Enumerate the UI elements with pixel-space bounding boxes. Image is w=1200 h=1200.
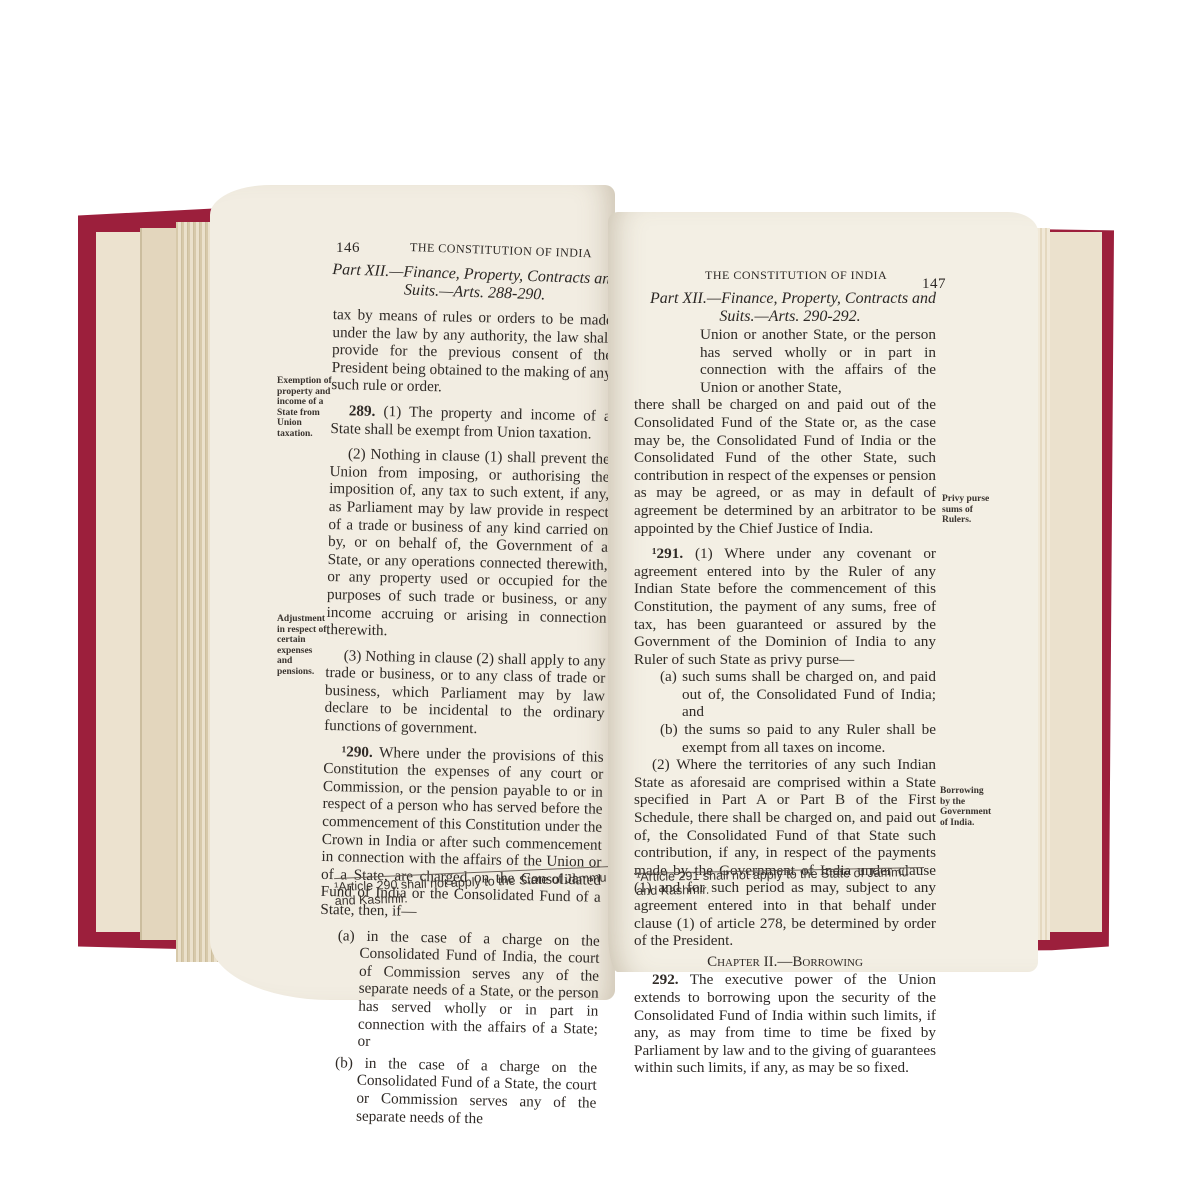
article-289-number: 289.	[349, 402, 376, 420]
article-289-clause-3: (3) Nothing in clause (2) shall apply to…	[324, 647, 606, 741]
article-291-clause-1: ¹291. (1) Where under any covenant or ag…	[634, 545, 936, 668]
article-289-clause-2: (2) Nothing in clause (1) shall prevent …	[326, 445, 610, 644]
margin-note-289: Exemption of property and income of a St…	[277, 376, 333, 439]
left-page-number: 146	[336, 240, 360, 257]
right-footnote: ¹Article 291 shall not apply to the Stat…	[636, 865, 926, 898]
article-292-number: 292.	[652, 971, 679, 988]
margin-note-290: Adjustment in respect of certain expense…	[277, 614, 327, 677]
article-291-sub-a: (a) such sums shall be charged on, and p…	[634, 668, 936, 721]
article-292-text: The executive power of the Union extends…	[634, 971, 936, 1076]
article-291-sub-b: (b) the sums so paid to any Ruler shall …	[634, 721, 936, 756]
margin-note-291: Privy purse sums of Rulers.	[942, 494, 990, 526]
left-continuation: tax by means of rules or orders to be ma…	[331, 306, 613, 400]
article-291-clause-1-text: (1) Where under any covenant or agreemen…	[634, 545, 936, 668]
right-part-title: Part XII.—Finance, Property, Contracts a…	[650, 290, 930, 326]
right-part-title-line2: Suits.—Arts. 290-292.	[650, 308, 930, 326]
chapter-heading: Chapter II.—Borrowing	[634, 954, 936, 972]
article-291-clause-2: (2) Where the territories of any such In…	[634, 756, 936, 950]
right-part-title-line1: Part XII.—Finance, Property, Contracts a…	[650, 290, 930, 308]
right-running-head: THE CONSTITUTION OF INDIA	[705, 268, 887, 283]
margin-note-292: Borrowing by the Government of India.	[940, 786, 990, 828]
right-continuation: there shall be charged on and paid out o…	[634, 396, 936, 537]
article-292: 292. The executive power of the Union ex…	[634, 971, 936, 1077]
article-290-sub-b: (b) in the case of a charge on the Conso…	[316, 1054, 597, 1130]
left-body: tax by means of rules or orders to be ma…	[316, 306, 613, 1130]
article-291-number: ¹291.	[652, 545, 683, 562]
article-290-sub-a: (a) in the case of a charge on the Conso…	[317, 926, 600, 1055]
article-290-number: ¹290.	[341, 743, 372, 761]
right-body: Union or another State, or the person ha…	[634, 326, 936, 1077]
article-289-clause-1: 289. (1) The property and income of a St…	[330, 402, 611, 443]
right-continuation-sub: Union or another State, or the person ha…	[634, 326, 936, 396]
